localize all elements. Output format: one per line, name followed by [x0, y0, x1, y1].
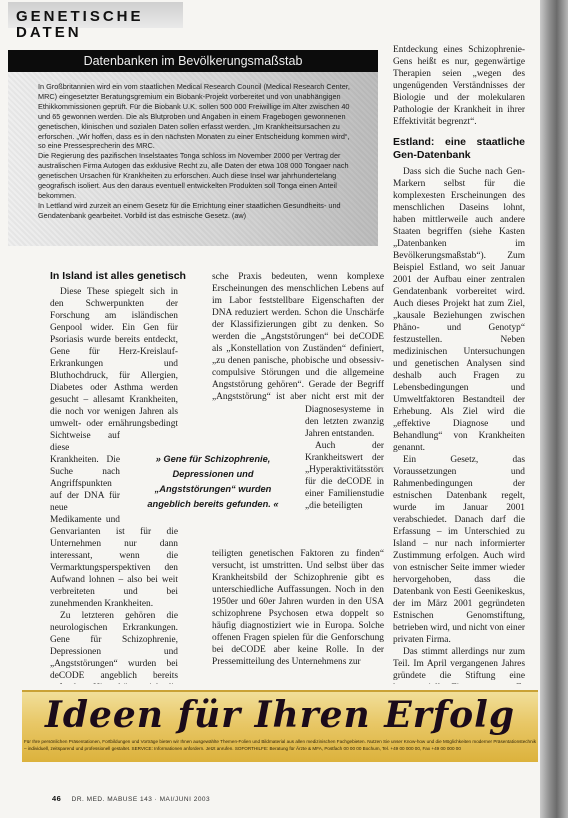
column-3: Entdeckung eines Schizophrenie-Gens heiß… [393, 44, 525, 684]
page-binding-edge [540, 0, 568, 818]
column-1-narrow: Sichtweise auf diese Krankheiten. Die Su… [50, 430, 120, 526]
paragraph: Diagnosesysteme in den letzten zwanzig J… [305, 404, 384, 440]
paragraph: Entdeckung eines Schizophrenie-Gens heiß… [393, 44, 525, 128]
publication-info: DR. MED. MABUSE 143 · MAI/JUNI 2003 [72, 796, 211, 803]
paragraph: sche Praxis bedeuten, wenn komplexe Ersc… [212, 271, 384, 403]
section-tag: GENETISCHE DATEN [8, 2, 183, 28]
paragraph: Ein Gesetz, das Voraussetzungen und Rahm… [393, 454, 525, 646]
paragraph: Genvarianten ist für die Unternehmen nur… [50, 526, 178, 610]
pull-quote: » Gene für Schizophrenie, Depressionen u… [123, 452, 303, 512]
column-1-top: Diese These spiegelt sich in den Schwerp… [50, 286, 178, 430]
paragraph: Dass sich die Suche nach Gen-Markern sel… [393, 166, 525, 454]
info-box-paragraph: Die Regierung des pazifischen Inselstaat… [38, 151, 354, 201]
page-footer: 46 DR. MED. MABUSE 143 · MAI/JUNI 2003 [52, 794, 292, 803]
paragraph: Diese These spiegelt sich in den Schwerp… [50, 286, 178, 430]
column-2-lower: teiligten genetischen Faktoren zu finden… [212, 548, 384, 680]
page-number: 46 [52, 794, 61, 803]
paragraph: teiligten genetischen Faktoren zu finden… [212, 548, 384, 668]
pull-quote-line: » Gene für Schizophrenie, [123, 452, 303, 467]
pull-quote-line: angeblich bereits gefunden. « [123, 497, 303, 512]
info-box-paragraph: In Lettland wird zurzeit an einem Gesetz… [38, 201, 354, 221]
advertisement-banner[interactable]: Ideen für Ihren Erfolg Für Ihre persönli… [22, 690, 538, 762]
column-2-narrow: Diagnosesysteme in den letzten zwanzig J… [305, 404, 384, 548]
subhead-estonia: Estland: eine staatliche Gen-Datenbank [393, 136, 525, 162]
column-2-top: sche Praxis bedeuten, wenn komplexe Ersc… [212, 271, 384, 403]
column-1-lower: Genvarianten ist für die Unternehmen nur… [50, 526, 178, 684]
paragraph: Zu letzteren gehören die neurologischen … [50, 610, 178, 684]
pull-quote-line: Depressionen und [123, 467, 303, 482]
pull-quote-line: „Angststörungen“ wurden [123, 482, 303, 497]
info-box-title: Datenbanken im Bevölkerungsmaßstab [8, 50, 378, 72]
paragraph: Auch der Krankheitswert der „Hyperaktivi… [305, 440, 384, 512]
ad-headline: Ideen für Ihren Erfolg [22, 694, 538, 736]
info-box-text: In Großbritannien wird ein vom staatlich… [38, 82, 354, 221]
magazine-page: GENETISCHE DATEN Datenbanken im Bevölker… [0, 0, 540, 818]
info-box-paragraph: In Großbritannien wird ein vom staatlich… [38, 82, 354, 151]
paragraph: Sichtweise auf diese Krankheiten. Die Su… [50, 430, 120, 526]
subhead-iceland: In Island ist alles genetisch [50, 270, 200, 283]
ad-fineprint: Für Ihre persönlichen Präsentationen, Fo… [24, 738, 536, 762]
paragraph: Das stimmt allerdings nur zum Teil. Im A… [393, 646, 525, 684]
info-box: Datenbanken im Bevölkerungsmaßstab In Gr… [8, 50, 378, 246]
